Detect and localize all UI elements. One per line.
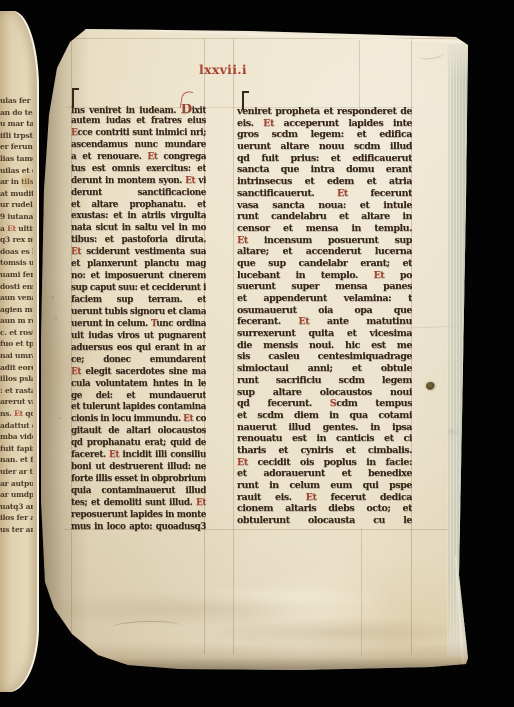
text-line: forte illis esset in obprobrium [71, 474, 206, 486]
text-line: mus in loco apto: quoadusq3 [71, 522, 206, 534]
text-line: aduersus eos qui erant in ar [71, 343, 206, 355]
facing-text-line: uami feri a [0, 269, 33, 281]
text-line: Et incensum posuerunt sup [237, 235, 412, 247]
facing-text-line: nai umra [0, 350, 33, 362]
facing-text-line: a Et ultima [0, 223, 33, 235]
text-line: Ecce contriti sunt inimici nri; [71, 128, 206, 140]
rubric-initial: Et [337, 188, 348, 199]
freckle [55, 317, 57, 319]
facing-text-line: mba vide br [0, 431, 33, 443]
facing-text-line: dosti enstu [0, 281, 33, 293]
text-line: osumauerut oia opa que [237, 305, 412, 317]
text-line: sancta que intra domu erant [237, 164, 412, 176]
facing-text-line: ar umdpi u [0, 489, 33, 501]
text-line: sanctificauerut. Et fecerunt [237, 188, 412, 200]
facing-text-line: tomsis ume [0, 257, 33, 269]
text-line: exustas: et in atriis virgulta [71, 211, 206, 223]
text-line: et adorauerunt et benedixe [237, 468, 412, 480]
text-line: sup altare olocaustos noui [237, 387, 412, 399]
rubric-initial: Et [263, 118, 274, 129]
ascender-flourish [242, 91, 249, 93]
text-line: uerunt in celum. Tunc ordina [71, 319, 206, 331]
text-line: uerunt tubis signoru et clama [71, 307, 206, 319]
text-line: runt sacrificiu scdm legem [237, 375, 412, 387]
rubric-initial: Et [185, 176, 195, 186]
rubric-initial: Et [71, 247, 81, 257]
text-line: nauerut illud gentes. in ipsa [237, 422, 412, 434]
text-line: uerunt altare nouu scdm illud [237, 141, 412, 153]
text-line: Et cecidit ois poplus in facie: [237, 457, 412, 469]
facing-text-line: doas es lata [0, 246, 33, 258]
facing-text-line: illos pslabo [0, 373, 33, 385]
rubric-initial: E [71, 128, 77, 138]
text-line: gros scdm legem: et edifica [237, 129, 412, 141]
rubric-initial: T [151, 319, 156, 329]
text-column-right: veniret propheta et responderet deeis. E… [237, 106, 412, 527]
text-line: quia contaminauerut illud gen [71, 486, 206, 498]
text-line: derunt in montem syon. Et vi [71, 176, 206, 188]
facing-text-line: ns. Et qd ad [0, 408, 33, 420]
facing-text-line: nan. et fua [0, 454, 33, 466]
text-line: faciem sup terram. et exclama [71, 295, 206, 307]
text-line: cionis in locu immundu. Et co [71, 414, 206, 426]
text-line: autem iudas et fratres eius [71, 116, 206, 128]
freckle [51, 296, 54, 299]
facing-text-line: uatq3 ar in [0, 501, 33, 513]
facing-text-line: c. et rosta fa [0, 327, 33, 339]
text-line: veniret propheta et responderet de [237, 106, 412, 118]
rubric-initial: Et [237, 457, 248, 468]
rubric-initial: Et [298, 316, 309, 327]
facing-text-line: ifli trpsta m [0, 130, 33, 142]
running-title: lxxvii.i [188, 63, 258, 77]
text-line: nata sicut in saltu vel in mo [71, 223, 206, 235]
facing-text-line: ar autpul a [0, 478, 33, 490]
facing-text-line: lias tame do [0, 153, 33, 165]
freckle [59, 417, 61, 419]
text-line: suerunt super mensa panes [237, 281, 412, 293]
facing-text-line: us ter ando [0, 524, 33, 536]
facing-text-line: adit eorqa [0, 362, 33, 374]
facing-text-line: an do tehalir [0, 107, 33, 119]
facing-text-line: fuit fapin [0, 443, 33, 455]
text-line: que sup candelabr erant; et [237, 258, 412, 270]
text-line: cula voluntatem hntes in le [71, 379, 206, 391]
text-line: vasa sancta noua: et intule [237, 200, 412, 212]
facing-text-line: u mar tal a [0, 118, 33, 130]
text-line: die mensis noui. hic est me [237, 340, 412, 352]
facing-text-line: arerut van [0, 396, 33, 408]
facing-text-line: q3 rex metu [0, 234, 33, 246]
rubric-initial: Et [7, 224, 16, 233]
text-line: tus est omnis exercitus: et asce [71, 164, 206, 176]
rubric-initial: S [330, 398, 336, 409]
text-line: qd prophanatu erat; quid de eo [71, 438, 206, 450]
main-page: lxxvii.i lns veniret in iudeam. Dixitaut… [0, 0, 514, 707]
text-line: censor et mensa in templu. [237, 223, 412, 235]
text-line: sis casleu centesimiquadrage [237, 351, 412, 363]
wormhole-spot [426, 382, 435, 390]
facing-text-line: agien mus [0, 304, 33, 316]
text-line: obtulerunt olocausta cu le [237, 515, 412, 527]
facing-text-line: er ferunt am [0, 141, 33, 153]
rubric-initial: Et [71, 367, 81, 377]
text-line: gitauit de altari olocaustos [71, 426, 206, 438]
text-line: tibus: et pastoforia diruta. [71, 235, 206, 247]
text-line: rauit eis. Et fecerut dedica [237, 492, 412, 504]
facing-text-line: uier ar tot [0, 466, 33, 478]
ruling-line [359, 40, 360, 108]
facing-text-line: : et rastand [0, 385, 33, 397]
text-line: faceret. Et incidit illi consiliu [71, 450, 206, 462]
ascender-flourish [242, 91, 244, 110]
text-line: uit iudas viros ut pugnarent [71, 331, 206, 343]
text-line: et altare prophanatu. et portas [71, 200, 206, 212]
text-line: Et elegit sacerdotes sine ma [71, 367, 206, 379]
facing-page-edge: ulas fer an aan do tehaliru mar tal aifl… [0, 11, 39, 692]
text-line: et tulerunt lapides contamina [71, 402, 206, 414]
facing-text-line: aun venale [0, 292, 33, 304]
facing-page-text: ulas fer an aan do tehaliru mar tal aifl… [0, 95, 33, 536]
text-line: runt candelabru et altare in [237, 211, 412, 223]
text-line: derunt sanctificacione deserta [71, 188, 206, 200]
facing-text-line: ilos fer amo [0, 512, 33, 524]
ascender-flourish [72, 88, 79, 90]
text-line: altare; et accenderut lucerna [237, 246, 412, 258]
text-line: et planxerunt planctu mag [71, 259, 206, 271]
rubric-initial: Et [147, 152, 157, 162]
text-line: tharis et cyniris et cimbalis. [237, 445, 412, 457]
text-line: qd fecerunt. Scdm tempus [237, 398, 412, 410]
text-line: lucebant in templo. Et po [237, 270, 412, 282]
text-line: sup caput suu: et ceciderunt i [71, 283, 206, 295]
text-line: no: et imposuerunt cinerem [71, 271, 206, 283]
facing-text-line: ur rudelo ai [0, 199, 33, 211]
manuscript-photo: ulas fer an aan do tehaliru mar tal aifl… [0, 0, 514, 707]
rubric-initial: Et [374, 270, 385, 281]
text-line: et scdm diem in qua cotami [237, 410, 412, 422]
text-line: ce; donec emundarent sancta. [71, 355, 206, 367]
bottom-edge-shadow [44, 642, 468, 670]
text-line: et appenderunt velamina: t [237, 293, 412, 305]
rubric-initial: Et [237, 235, 248, 246]
facing-text-line: 9 iutanar q [0, 211, 33, 223]
rubric-initial: Et [196, 498, 206, 508]
text-line: a et renouare. Et congrega [71, 152, 206, 164]
facing-text-line: at muditu vl [0, 188, 33, 200]
text-line: eis. Et acceperunt lapides inte [237, 118, 412, 130]
rubric-initial: Et [183, 414, 193, 424]
text-line: cionem altaris diebs octo; et [237, 503, 412, 515]
text-line: intrinsecus et edem et atria [237, 176, 412, 188]
ascender-flourish [72, 88, 74, 108]
text-line: ge dei: et mundauerut sancta: [71, 391, 206, 403]
text-line: reposuerunt lapides in monte do [71, 510, 206, 522]
text-column-left: lns veniret in iudeam. Dixitautem iudas … [71, 104, 206, 534]
rubric-initial: Et [14, 409, 23, 418]
text-line: surrexerunt quita et vicesima [237, 328, 412, 340]
text-line: simioctaui anni; et obtule [237, 363, 412, 375]
facing-text-line: ulas fer an a [0, 95, 33, 107]
text-line: qd fuit prius: et edificauerut [237, 153, 412, 165]
text-line: boni ut destruerent illud: ne [71, 462, 206, 474]
facing-text-line: adattut de [0, 420, 33, 432]
rubric-initial: Et [109, 450, 119, 460]
stain [21, 174, 32, 189]
text-line: ascendamus nunc mundare sct [71, 140, 206, 152]
facing-text-line: fuo et tpmd [0, 338, 33, 350]
text-line: Et sciderunt vestimenta sua [71, 247, 206, 259]
text-line: runt in celum eum qui pspe [237, 480, 412, 492]
facing-text-line: aun m ro lu [0, 315, 33, 327]
text-line: renouatu est in canticis et ci [237, 433, 412, 445]
text-line: tes; et demoliti sunt illud. Et [71, 498, 206, 510]
ruling-line [233, 38, 234, 654]
rubric-initial: Et [306, 492, 317, 503]
